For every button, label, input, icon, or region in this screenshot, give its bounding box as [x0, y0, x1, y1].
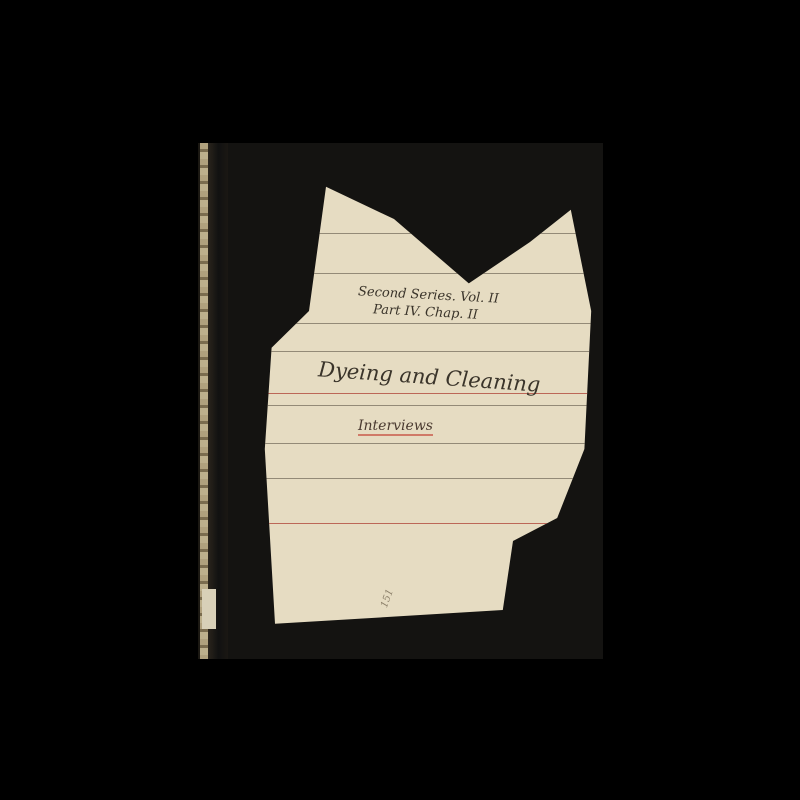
part-text: Part IV. Chap. II [373, 302, 479, 322]
ruled-line [258, 273, 598, 274]
ruled-line [258, 478, 598, 479]
notebook: Second Series. Vol. II Part IV. Chap. II… [198, 143, 603, 659]
notebook-spine [198, 143, 232, 659]
notebook-subtitle: Interviews [358, 418, 433, 436]
notebook-title: Dyeing and Cleaning [317, 357, 541, 396]
pencil-marks: 151 [379, 588, 396, 610]
ruled-line [258, 351, 598, 352]
cover-label-paper: Second Series. Vol. II Part IV. Chap. II… [258, 173, 598, 633]
ruled-line [258, 233, 598, 234]
spine-label [202, 589, 216, 629]
red-rule [258, 523, 598, 524]
ruled-line [258, 323, 598, 324]
ruled-line [258, 443, 598, 444]
spine-worn-edge [200, 143, 208, 659]
ruled-line [258, 405, 598, 406]
red-rule [258, 393, 598, 394]
notebook-cover: Second Series. Vol. II Part IV. Chap. II… [228, 143, 603, 659]
